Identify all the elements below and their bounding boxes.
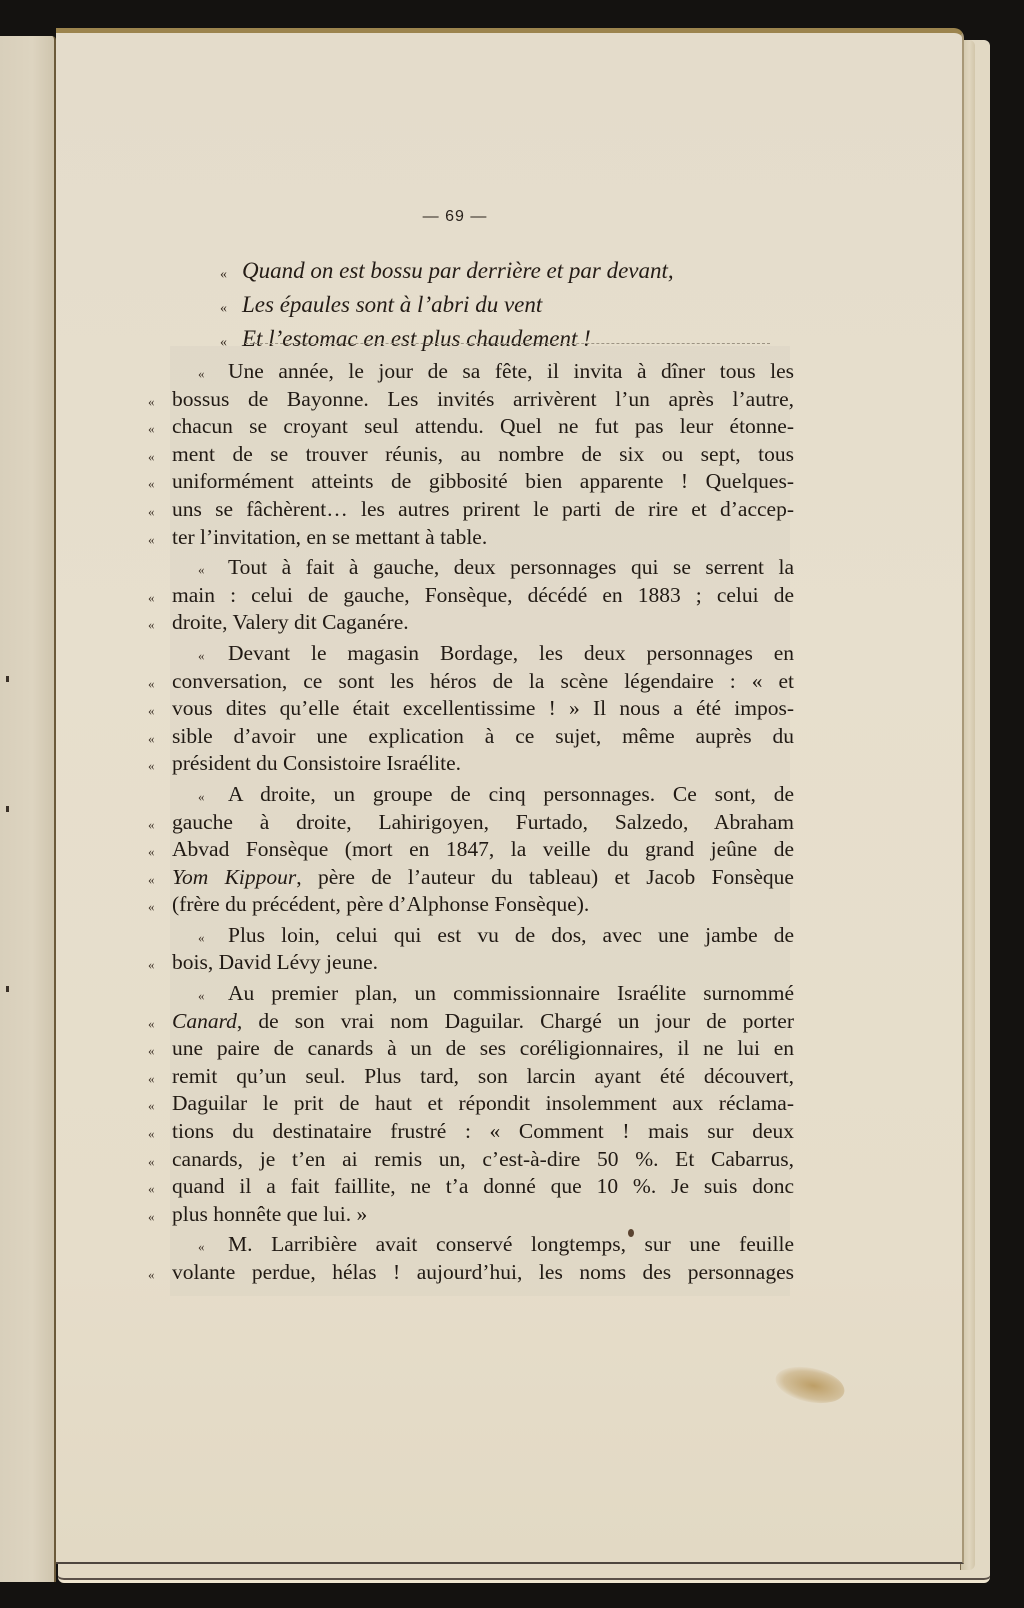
guillemet-mark: « [148, 893, 172, 921]
line-text: chacun se croyant seul attendu. Quel ne … [172, 413, 794, 441]
verse-underline [245, 343, 770, 345]
ink-blot [628, 1229, 634, 1237]
text-line: «A droite, un groupe de cinq personnages… [148, 781, 794, 809]
line-text: gauche à droite, Lahirigoyen, Furtado, S… [172, 809, 794, 837]
line-text: bossus de Bayonne. Les invités arrivèren… [172, 386, 794, 414]
guillemet-mark: « [198, 783, 228, 811]
text-line: «quand il a fait faillite, ne t’a donné … [148, 1173, 794, 1201]
text-line: «Plus loin, celui qui est vu de dos, ave… [148, 922, 794, 950]
text-line: «Une année, le jour de sa fête, il invit… [148, 358, 794, 386]
line-text: Yom Kippour, père de l’auteur du tableau… [172, 864, 794, 892]
guillemet-mark: « [148, 388, 172, 416]
text-line: «Abvad Fonsèque (mort en 1847, la veille… [148, 836, 794, 864]
line-text: Daguilar le prit de haut et répondit ins… [172, 1090, 794, 1118]
guillemet-mark: « [148, 725, 172, 753]
guillemet-mark: « [198, 1233, 228, 1261]
line-text: ment de se trouver réunis, au nombre de … [172, 441, 794, 469]
text-line: «volante perdue, hélas ! aujourd’hui, le… [148, 1259, 794, 1287]
guillemet-mark: « [148, 1010, 172, 1038]
text-line: «remit qu’un seul. Plus tard, son larcin… [148, 1063, 794, 1091]
guillemet-mark: « [198, 642, 228, 670]
guillemet-mark: « [148, 415, 172, 443]
guillemet-mark: « [148, 611, 172, 639]
guillemet-mark: « [198, 360, 228, 388]
guillemet-mark: « [148, 1092, 172, 1120]
text-line: «canards, je t’en ai remis un, c’est-à-d… [148, 1146, 794, 1174]
line-text: sible d’avoir une explication à ce sujet… [172, 723, 794, 751]
guillemet-mark: « [148, 752, 172, 780]
guillemet-mark: « [148, 1261, 172, 1289]
text-line: «Canard, de son vrai nom Daguilar. Charg… [148, 1008, 794, 1036]
facing-page-edge [0, 36, 56, 1582]
text-line: «vous dites qu’elle était excellentissim… [148, 695, 794, 723]
text-line: «ter l’invitation, en se mettant à table… [148, 524, 794, 552]
text-line: «ment de se trouver réunis, au nombre de… [148, 441, 794, 469]
guillemet-mark: « [148, 1037, 172, 1065]
guillemet-mark: « [148, 584, 172, 612]
guillemet-mark: « [148, 1148, 172, 1176]
line-text: vous dites qu’elle était excellentissime… [172, 695, 794, 723]
text-line: «uniformément atteints de gibbosité bien… [148, 468, 794, 496]
margin-mark [6, 986, 9, 992]
text-line: «bois, David Lévy jeune. [148, 949, 794, 977]
text-line: «une paire de canards à un de ses coréli… [148, 1035, 794, 1063]
guillemet-mark: « [148, 1120, 172, 1148]
text-line: «droite, Valery dit Caganére. [148, 609, 794, 637]
guillemet-mark: « [148, 838, 172, 866]
line-text: volante perdue, hélas ! aujourd’hui, les… [172, 1259, 794, 1287]
guillemet-mark: « [148, 951, 172, 979]
line-text: tions du destinataire frustré : « Commen… [172, 1118, 794, 1146]
line-text: Devant le magasin Bordage, les deux pers… [228, 640, 794, 668]
guillemet-mark: « [148, 470, 172, 498]
guillemet-mark: « [198, 924, 228, 952]
text-line: «président du Consistoire Israélite. [148, 750, 794, 778]
text-line: «plus honnête que lui. » [148, 1201, 794, 1229]
margin-mark [6, 806, 9, 812]
line-text: quand il a fait faillite, ne t’a donné q… [172, 1173, 794, 1201]
line-text: Tout à fait à gauche, deux personnages q… [228, 554, 794, 582]
line-text: (frère du précédent, père d’Alphonse Fon… [172, 891, 794, 919]
line-text: A droite, un groupe de cinq personnages.… [228, 781, 794, 809]
text-line: «M. Larribière avait conservé longtemps,… [148, 1231, 794, 1259]
guillemet-mark: « [198, 556, 228, 584]
line-text: président du Consistoire Israélite. [172, 750, 794, 778]
guillemet-mark: « [148, 811, 172, 839]
page-number: — 69 — [405, 208, 505, 226]
line-text: conversation, ce sont les héros de la sc… [172, 668, 794, 696]
text-line: «Yom Kippour, père de l’auteur du tablea… [148, 864, 794, 892]
line-text: ter l’invitation, en se mettant à table. [172, 524, 794, 552]
line-text: bois, David Lévy jeune. [172, 949, 794, 977]
text-line: «Tout à fait à gauche, deux personnages … [148, 554, 794, 582]
line-text: remit qu’un seul. Plus tard, son larcin … [172, 1063, 794, 1091]
text-line: «Devant le magasin Bordage, les deux per… [148, 640, 794, 668]
line-text: droite, Valery dit Caganére. [172, 609, 794, 637]
guillemet-mark: « [148, 866, 172, 894]
line-text: Abvad Fonsèque (mort en 1847, la veille … [172, 836, 794, 864]
verse-line: «Les épaules sont à l’abri du vent [220, 290, 674, 324]
line-text: uniformément atteints de gibbosité bien … [172, 468, 794, 496]
guillemet-mark: « [148, 670, 172, 698]
text-line: «Daguilar le prit de haut et répondit in… [148, 1090, 794, 1118]
text-line: «main : celui de gauche, Fonsèque, décéd… [148, 582, 794, 610]
text-line: «Au premier plan, un commissionnaire Isr… [148, 980, 794, 1008]
line-text: canards, je t’en ai remis un, c’est-à-di… [172, 1146, 794, 1174]
line-text: Au premier plan, un commissionnaire Isra… [228, 980, 794, 1008]
text-line: «uns se fâchèrent… les autres prirent le… [148, 496, 794, 524]
guillemet-mark: « [148, 697, 172, 725]
guillemet-mark: « [148, 526, 172, 554]
margin-mark [6, 676, 9, 682]
line-text: uns se fâchèrent… les autres prirent le … [172, 496, 794, 524]
text-line: «(frère du précédent, père d’Alphonse Fo… [148, 891, 794, 919]
guillemet-mark: « [148, 1203, 172, 1231]
line-text: Une année, le jour de sa fête, il invita… [228, 358, 794, 386]
line-text: M. Larribière avait conservé longtemps, … [228, 1231, 794, 1259]
text-line: «chacun se croyant seul attendu. Quel ne… [148, 413, 794, 441]
line-text: main : celui de gauche, Fonsèque, décédé… [172, 582, 794, 610]
verse-line: «Quand on est bossu par derrière et par … [220, 256, 674, 290]
line-text: Canard, de son vrai nom Daguilar. Chargé… [172, 1008, 794, 1036]
line-text: plus honnête que lui. » [172, 1201, 794, 1229]
text-line: «conversation, ce sont les héros de la s… [148, 668, 794, 696]
text-line: «gauche à droite, Lahirigoyen, Furtado, … [148, 809, 794, 837]
guillemet-mark: « [148, 1175, 172, 1203]
text-line: «tions du destinataire frustré : « Comme… [148, 1118, 794, 1146]
line-text: une paire de canards à un de ses corélig… [172, 1035, 794, 1063]
body-text: «Une année, le jour de sa fête, il invit… [148, 358, 794, 1287]
guillemet-mark: « [198, 982, 228, 1010]
verse-line: «Et l’estomac en est plus chaudement ! [220, 324, 674, 358]
guillemet-mark: « [148, 443, 172, 471]
line-text: Plus loin, celui qui est vu de dos, avec… [228, 922, 794, 950]
guillemet-mark: « [148, 1065, 172, 1093]
text-line: «bossus de Bayonne. Les invités arrivère… [148, 386, 794, 414]
text-line: «sible d’avoir une explication à ce suje… [148, 723, 794, 751]
guillemet-mark: « [148, 498, 172, 526]
